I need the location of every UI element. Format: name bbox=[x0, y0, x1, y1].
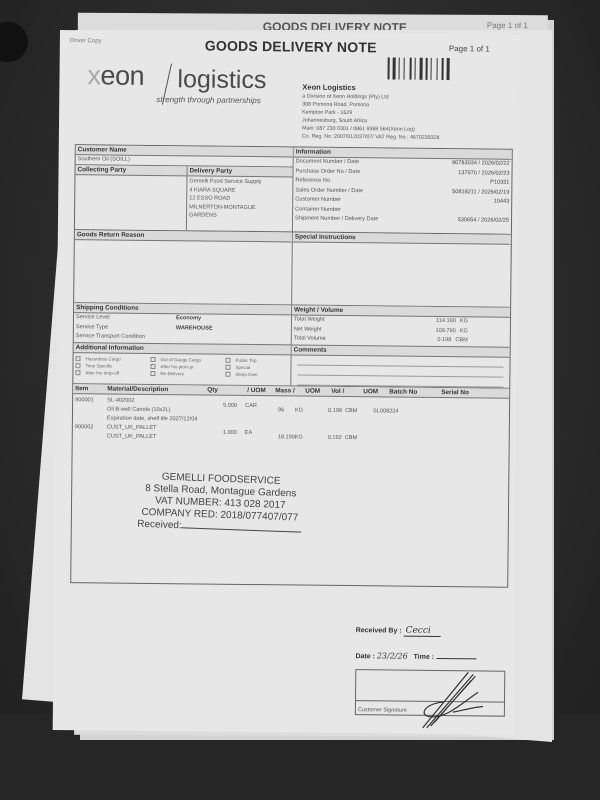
copy-label: Driver Copy bbox=[70, 38, 102, 44]
logo-tagline: strength through partnerships bbox=[156, 95, 261, 105]
field-label: Sales Order Number / Date bbox=[295, 187, 363, 195]
checkbox-label: Time Specific bbox=[85, 363, 150, 369]
item-vol: 0.192 bbox=[328, 434, 342, 440]
field-label: Total Volume bbox=[294, 335, 326, 343]
column-header: Vol / bbox=[331, 387, 363, 394]
logo-x: x bbox=[87, 60, 100, 90]
field-unit: KG bbox=[460, 328, 468, 334]
collecting-party-header: Collecting Party bbox=[75, 165, 186, 176]
items-table: ItemMaterial/DescriptionQty/ UOMMass /UO… bbox=[71, 384, 509, 587]
field-value: 10443 bbox=[494, 199, 510, 207]
item-uom: CAR bbox=[245, 402, 257, 408]
comment-line bbox=[297, 375, 503, 387]
received-by-label: Received By : bbox=[356, 627, 402, 634]
delivery-party: Delivery Party Gemelli Food Service Supp… bbox=[187, 166, 293, 231]
delivery-note-form: Customer Name Southern Oil (SOILL) Colle… bbox=[70, 144, 513, 587]
additional-info-options: Hazardous CargoOut of Gauge CargoPublic … bbox=[73, 353, 290, 380]
barcode-bar bbox=[432, 58, 435, 80]
column-header: Serial No bbox=[441, 389, 501, 397]
item-description: CUST_UK_PALLET bbox=[107, 433, 157, 440]
column-header: / UOM bbox=[247, 386, 275, 393]
barcode-bar bbox=[438, 58, 440, 80]
checkbox[interactable] bbox=[76, 356, 81, 361]
barcode-bar bbox=[446, 58, 449, 80]
column-header: Mass / bbox=[275, 387, 305, 394]
item-uom: EA bbox=[245, 429, 253, 435]
item-mass: 18.190 bbox=[278, 434, 295, 440]
page-number: Page 1 of 1 bbox=[449, 44, 490, 53]
field-value: 114.190 bbox=[436, 318, 456, 324]
delivery-note-sheet: Driver Copy GOODS DELIVERY NOTE Page 1 o… bbox=[53, 30, 520, 735]
item-material: SL-402002 bbox=[107, 397, 134, 403]
item-qty: 5.000 bbox=[223, 402, 237, 408]
column-header: Material/Description bbox=[107, 385, 207, 393]
field-value-group: 114.190KG bbox=[436, 318, 468, 326]
stamp-received-label: Received: bbox=[137, 518, 182, 532]
logo-logistics: logistics bbox=[177, 65, 266, 95]
date-label: Date : bbox=[355, 653, 375, 660]
address-line: GARDENS bbox=[189, 211, 290, 221]
barcode-bar bbox=[416, 58, 418, 80]
checkbox-label: Sleep Over bbox=[235, 371, 275, 376]
signature-scribble-icon bbox=[413, 662, 494, 733]
item-qty: 1.000 bbox=[223, 429, 237, 435]
items-body: GEMELLI FOODSERVICE 8 Stella Road, Monta… bbox=[71, 394, 509, 587]
collecting-party: Collecting Party bbox=[75, 165, 188, 230]
column-header: UOM bbox=[305, 387, 331, 394]
table-row: 900002CUST_UK_PALLETCUST_UK_PALLET1.000E… bbox=[73, 424, 509, 429]
field-label: Container Number bbox=[295, 206, 341, 214]
field-value-group: 0.198CBM bbox=[437, 337, 468, 345]
item-note: Expiration date, shelf life 2027/12/04 bbox=[107, 415, 198, 422]
field-value: 50818211 / 2026/02/19 bbox=[452, 189, 509, 197]
special-instructions-field bbox=[292, 242, 511, 306]
time-label: Time : bbox=[414, 654, 435, 661]
item-mass-uom: KG bbox=[295, 434, 303, 440]
weight-volume-block: Weight / Volume Total Weight114.190KGNet… bbox=[291, 305, 510, 387]
item-vol-uom: CBM bbox=[345, 408, 357, 414]
field-value-group: 109.790KG bbox=[435, 327, 467, 335]
column-header: Batch No bbox=[389, 388, 441, 396]
received-by-value: Cecci bbox=[404, 626, 441, 637]
checkbox-label: After hrs pick-up bbox=[160, 364, 225, 370]
item-vol: 0.198 bbox=[328, 407, 342, 413]
field-value: WAREHOUSE bbox=[176, 325, 213, 333]
field-unit: KG bbox=[460, 318, 468, 324]
barcode-bar bbox=[405, 58, 408, 80]
barcode-bar bbox=[450, 58, 451, 80]
item-vol-uom: CBM bbox=[345, 435, 357, 441]
checkbox[interactable] bbox=[75, 370, 80, 375]
field-value: Economy bbox=[176, 315, 201, 323]
field-value: 109.790 bbox=[436, 327, 456, 333]
field-value: 137970 / 2026/02/23 bbox=[458, 170, 509, 178]
goods-return-block: Goods Return Reason bbox=[74, 230, 293, 304]
field-label: Service Type bbox=[76, 324, 176, 333]
field-value: 80783034 / 2026/02/22 bbox=[452, 160, 510, 168]
stamp-received-line bbox=[182, 527, 302, 532]
item-description: Oil B-well Canola (10x2L) bbox=[107, 406, 170, 413]
item-mass-uom: KG bbox=[295, 407, 303, 413]
checkbox[interactable] bbox=[75, 363, 80, 368]
column-header: Qty bbox=[207, 386, 247, 393]
checkbox-label: Special bbox=[235, 364, 275, 369]
field-label: Customer Number bbox=[295, 196, 341, 204]
checkbox[interactable] bbox=[226, 357, 231, 362]
address-line: Gemelli Food Service Supply bbox=[189, 177, 290, 187]
barcode-bar bbox=[425, 58, 427, 80]
item-material: CUST_UK_PALLET bbox=[107, 424, 157, 431]
barcode-icon bbox=[388, 57, 468, 80]
column-header: Item bbox=[75, 385, 107, 392]
checkbox-label: After hrs drop-off bbox=[85, 370, 150, 376]
left-top-block: Customer Name Southern Oil (SOILL) Colle… bbox=[75, 145, 294, 231]
shipping-block: Shipping Conditions Service LevelEconomy… bbox=[73, 303, 292, 385]
customer-stamp: GEMELLI FOODSERVICE 8 Stella Road, Monta… bbox=[137, 470, 304, 536]
checkbox-label: Out of Gauge Cargo bbox=[161, 357, 226, 363]
checkbox[interactable] bbox=[225, 371, 230, 376]
barcode-bar bbox=[388, 57, 390, 79]
company-address: Xeon Logistics a Division of Xeon Holdin… bbox=[302, 83, 440, 142]
field-label: Shipment Number / Delivery Date bbox=[295, 215, 378, 223]
checkbox[interactable] bbox=[151, 356, 156, 361]
checkbox-label: Hazardous Cargo bbox=[86, 356, 151, 362]
checkbox-label: Re-Delivery bbox=[160, 371, 225, 377]
date-value: 23/2/26 bbox=[377, 651, 408, 660]
field-label: Total Weight bbox=[294, 316, 325, 324]
field-value: 0.198 bbox=[437, 337, 451, 343]
field-label: Document Number / Date bbox=[296, 158, 359, 166]
item-mass: 96 bbox=[278, 407, 284, 413]
field-label: Purchase Order No / Date bbox=[295, 168, 360, 176]
item-item: 900002 bbox=[75, 424, 94, 430]
received-by: Received By : Cecci bbox=[356, 625, 441, 636]
barcode-bar bbox=[393, 57, 396, 79]
field-value: 530654 / 2026/02/25 bbox=[458, 217, 509, 225]
company-line: Co. Reg. No :2007/012037/07/ VAT Reg. No… bbox=[302, 133, 440, 142]
checkbox-label: Public Trip bbox=[236, 357, 276, 362]
field-row: Shipment Number / Delivery Date530654 / … bbox=[293, 214, 511, 226]
delivery-address: Gemelli Food Service Supply 4 KIARA SQUA… bbox=[187, 176, 292, 222]
logo-eon: eon bbox=[100, 60, 144, 90]
item-batch: SL008224 bbox=[373, 408, 399, 414]
information-block: Information Document Number / Date807830… bbox=[293, 147, 512, 233]
table-row: 900001SL-402002Oil B-well Canola (10x2L)… bbox=[73, 397, 509, 402]
signature-label: Customer Signature bbox=[358, 707, 407, 714]
special-instructions-block: Special Instructions bbox=[292, 232, 511, 306]
goods-return-field bbox=[74, 240, 292, 304]
field-value: P10331 bbox=[490, 180, 509, 188]
field-unit: CBM bbox=[455, 337, 467, 343]
barcode-bar bbox=[419, 58, 422, 80]
company-logo: xeon bbox=[87, 60, 144, 92]
field-label: Reference No bbox=[295, 177, 330, 185]
document-title: GOODS DELIVERY NOTE bbox=[205, 38, 377, 56]
field-label: Service Transport Condition bbox=[76, 333, 176, 342]
receipt-date-time: Date : 23/2/26 Time : bbox=[355, 651, 476, 661]
barcode-bar bbox=[400, 58, 402, 80]
field-label: Service Level bbox=[76, 314, 176, 323]
back-sheet-page: Page 1 of 1 bbox=[487, 21, 528, 30]
checkbox[interactable] bbox=[150, 363, 155, 368]
checkbox[interactable] bbox=[225, 364, 230, 369]
time-field bbox=[436, 658, 476, 659]
checkbox[interactable] bbox=[150, 370, 155, 375]
field-label: Net Weight bbox=[294, 326, 322, 334]
barcode-bar bbox=[409, 58, 411, 80]
column-header: UOM bbox=[363, 388, 389, 395]
barcode-bar bbox=[441, 58, 443, 80]
item-item: 900001 bbox=[75, 397, 94, 403]
